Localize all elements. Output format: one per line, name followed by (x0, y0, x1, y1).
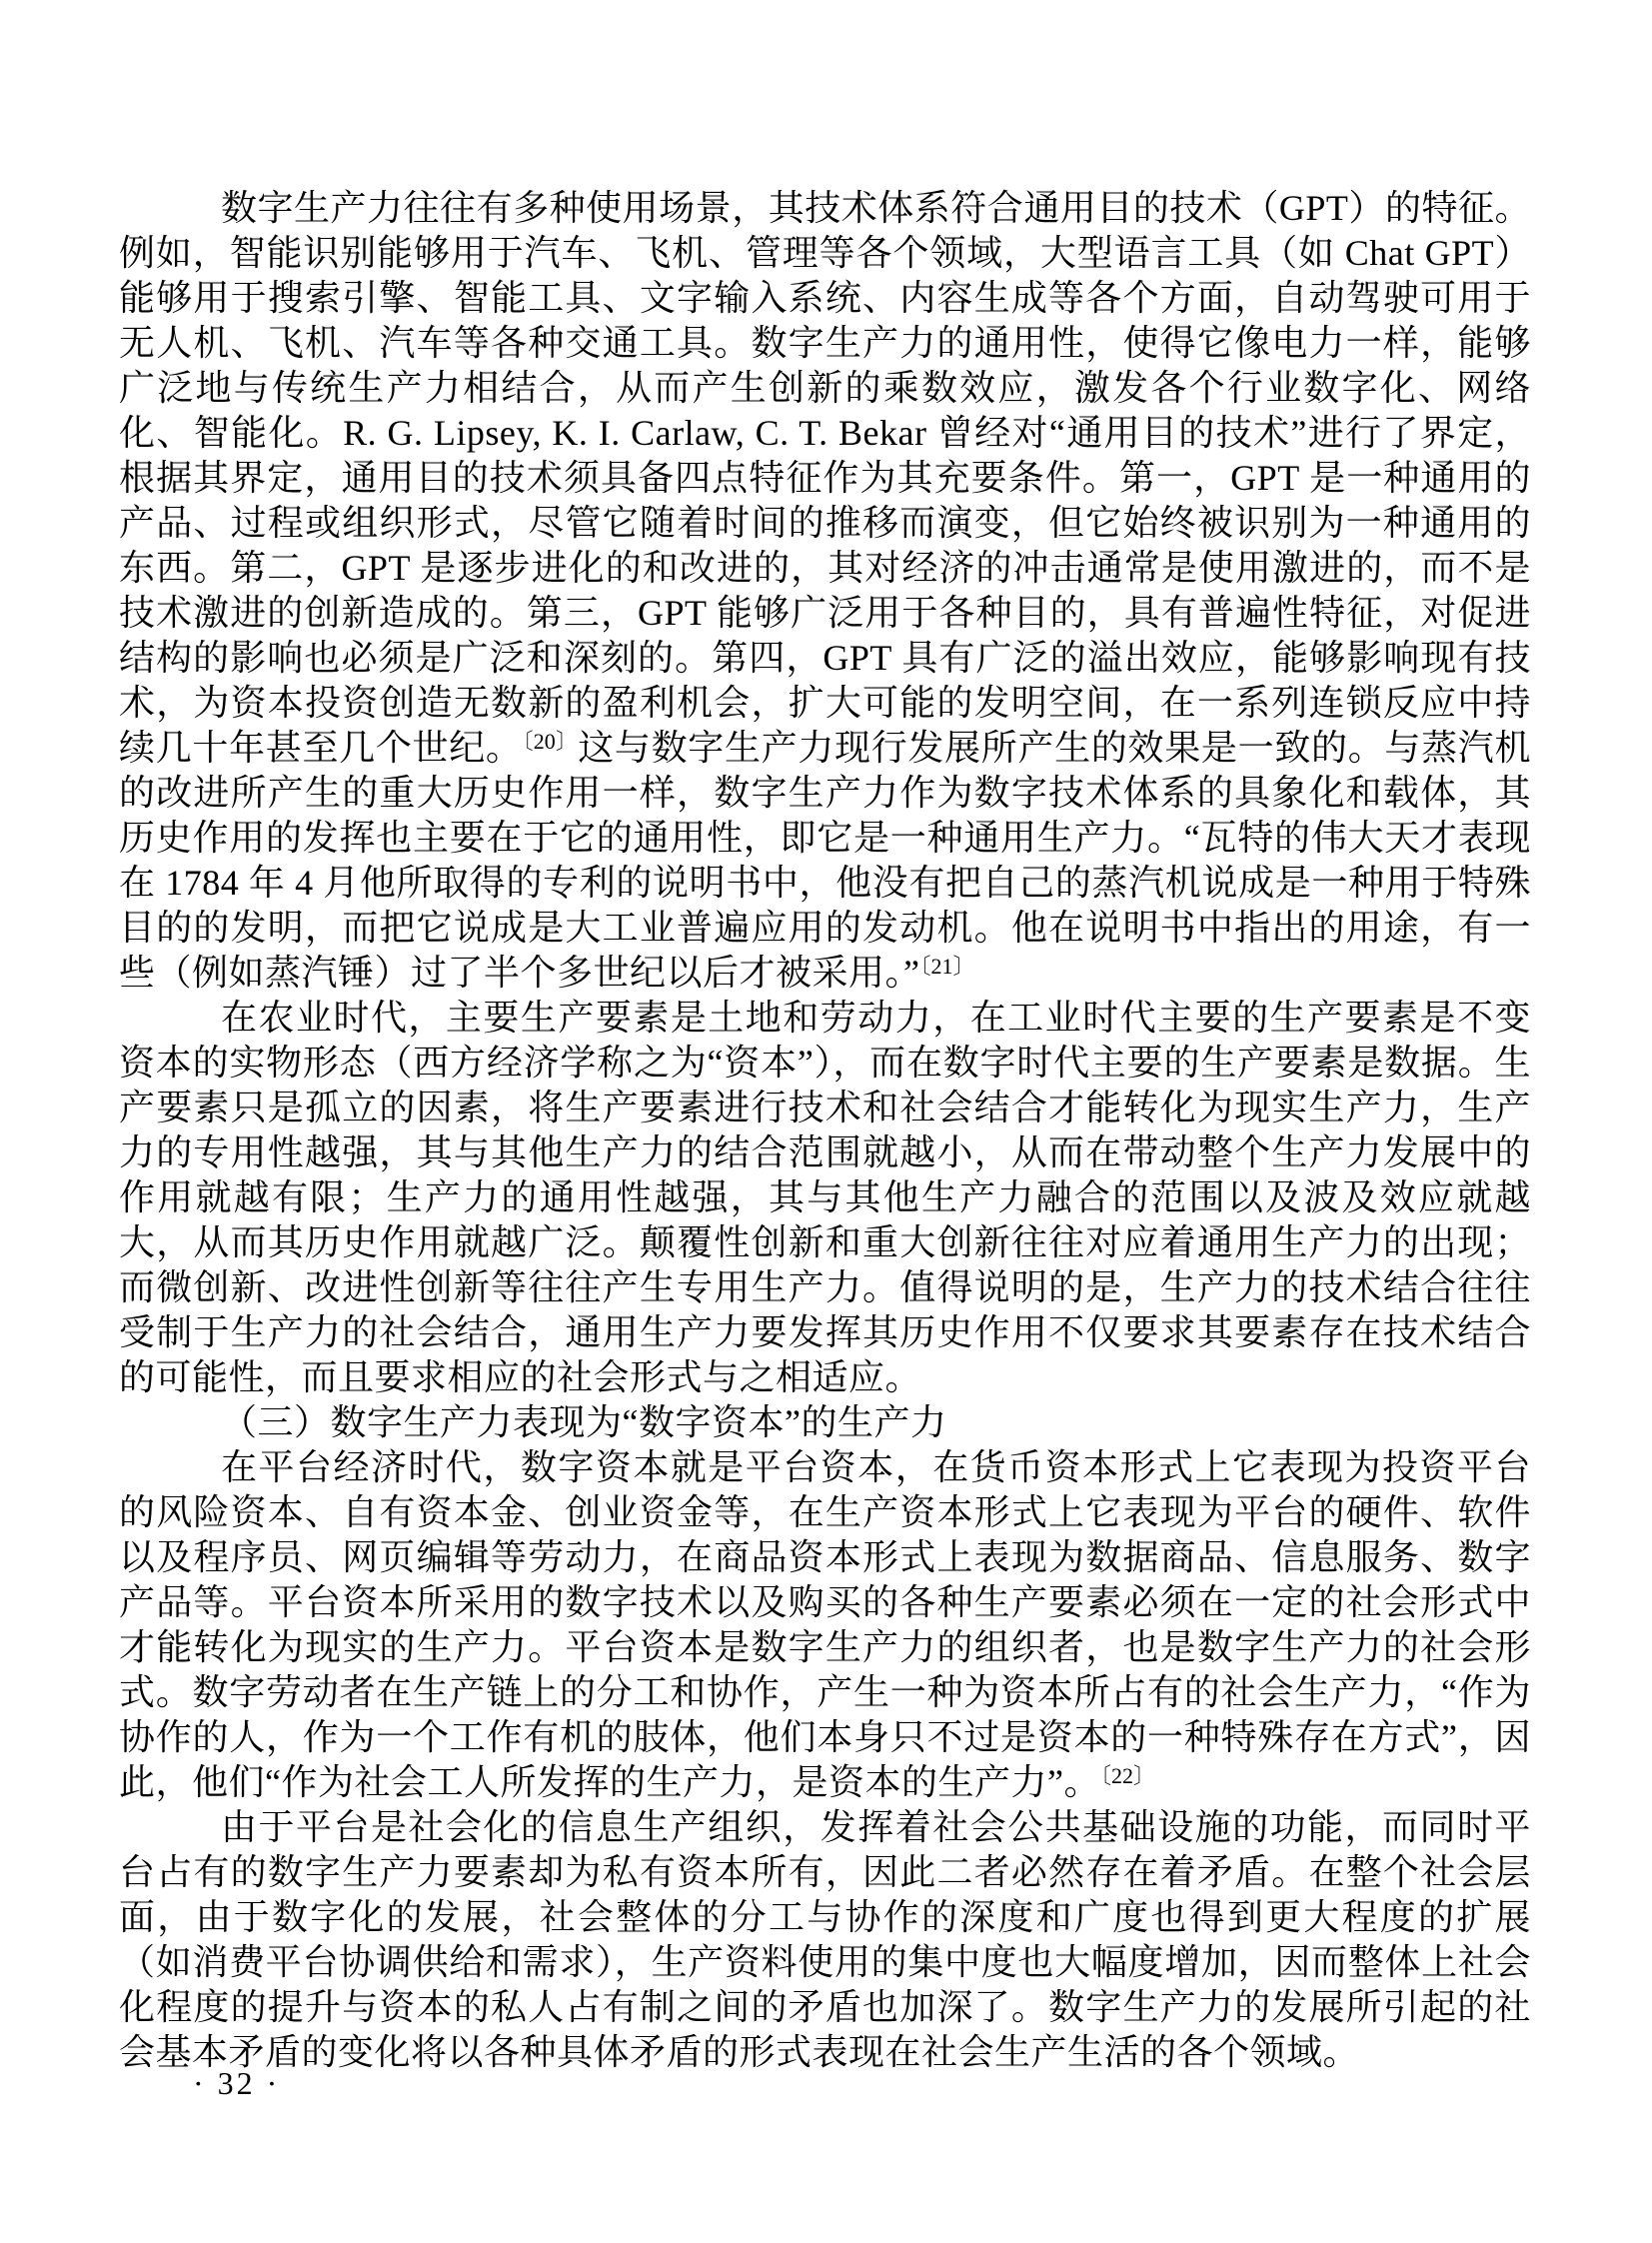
footnote-reference: 〔20〕 (523, 729, 579, 754)
document-body: 数字生产力往往有多种使用场景，其技术体系符合通用目的技术（GPT）的特征。例如，… (119, 186, 1531, 2075)
paragraph-platform-socialization-contradiction: 由于平台是社会化的信息生产组织，发挥着社会公共基础设施的功能，而同时平台占有的数… (119, 1805, 1531, 2075)
text-run: （三）数字生产力表现为“数字资本”的生产力 (221, 1402, 946, 1442)
text-run: 数字生产力往往有多种使用场景，其技术体系符合通用目的技术（GPT）的特征。例如，… (119, 188, 1531, 768)
text-run: 在平台经济时代，数字资本就是平台资本，在货币资本形式上它表现为投资平台的风险资本… (119, 1447, 1531, 1802)
text-run: 在农业时代，主要生产要素是土地和劳动力，在工业时代主要的生产要素是不变资本的实物… (119, 998, 1531, 1397)
paragraph-production-factors-by-era: 在农业时代，主要生产要素是土地和劳动力，在工业时代主要的生产要素是不变资本的实物… (119, 996, 1531, 1400)
footnote-reference: 〔21〕 (919, 954, 974, 979)
text-run: 由于平台是社会化的信息生产组织，发挥着社会公共基础设施的功能，而同时平台占有的数… (119, 1807, 1531, 2072)
paragraph-platform-capital: 在平台经济时代，数字资本就是平台资本，在货币资本形式上它表现为投资平台的风险资本… (119, 1445, 1531, 1805)
paragraph-gpt-general-purpose-technology: 数字生产力往往有多种使用场景，其技术体系符合通用目的技术（GPT）的特征。例如，… (119, 186, 1531, 996)
section-heading-digital-capital: （三）数字生产力表现为“数字资本”的生产力 (119, 1400, 1531, 1445)
page-number: · 32 · (193, 2065, 280, 2101)
footnote-reference: 〔22〕 (1100, 1763, 1155, 1788)
